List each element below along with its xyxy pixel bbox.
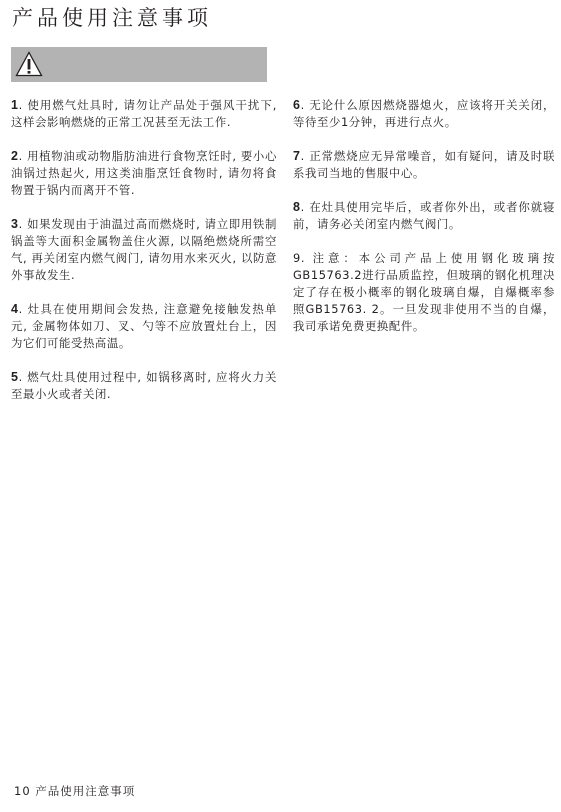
- page-title: 产品使用注意事项: [12, 4, 212, 32]
- item-number: 4: [11, 302, 19, 316]
- item-number: 6: [293, 98, 301, 112]
- item-number: 7: [293, 149, 301, 163]
- warning-banner: [11, 47, 267, 82]
- warning-triangle-icon: [15, 51, 43, 77]
- left-column: 1. 使用燃气灶具时, 请勿让产品处于强风干扰下, 这样会影响燃烧的正常工况甚至…: [11, 97, 277, 420]
- page-footer: 10 产品使用注意事项: [14, 783, 135, 799]
- item-text: . 正常燃烧应无异常噪音，如有疑问，请及时联系我司当地的售服中心。: [293, 149, 555, 180]
- notice-item-3: 3. 如果发现由于油温过高而燃烧时, 请立即用铁制锅盖等大面积金属物盖住火源, …: [11, 216, 277, 284]
- notice-item-4: 4. 灶具在使用期间会发热, 注意避免接触发热单元, 金属物体如刀、叉、勺等不应…: [11, 301, 277, 352]
- item-text: . 如果发现由于油温过高而燃烧时, 请立即用铁制锅盖等大面积金属物盖住火源, 以…: [11, 217, 277, 282]
- item-text: . 在灶具使用完毕后，或者你外出，或者你就寝前，请务必关闭室内燃气阀门。: [293, 200, 555, 231]
- notice-item-9: 9. 注意：本公司产品上使用钢化玻璃按GB15763.2进行品质监控，但玻璃的钢…: [293, 250, 555, 335]
- right-column: 6. 无论什么原因燃烧器熄火，应该将开关关闭，等待至少1分钟，再进行点火。 7.…: [293, 97, 555, 352]
- footer-label: 产品使用注意事项: [35, 784, 135, 798]
- notice-item-7: 7. 正常燃烧应无异常噪音，如有疑问，请及时联系我司当地的售服中心。: [293, 148, 555, 182]
- page-number: 10: [14, 784, 31, 798]
- item-number: 3: [11, 217, 19, 231]
- notice-item-1: 1. 使用燃气灶具时, 请勿让产品处于强风干扰下, 这样会影响燃烧的正常工况甚至…: [11, 97, 277, 131]
- item-number: 5: [11, 370, 19, 384]
- item-text: . 用植物油或动物脂肪油进行食物烹饪时, 要小心油锅过热起火, 用这类油脂烹饪食…: [11, 149, 277, 197]
- item-text: . 燃气灶具使用过程中, 如锅移离时, 应将火力关至最小火或者关闭.: [11, 370, 277, 401]
- notice-item-6: 6. 无论什么原因燃烧器熄火，应该将开关关闭，等待至少1分钟，再进行点火。: [293, 97, 555, 131]
- item-text: . 使用燃气灶具时, 请勿让产品处于强风干扰下, 这样会影响燃烧的正常工况甚至无…: [11, 98, 277, 129]
- notice-item-8: 8. 在灶具使用完毕后，或者你外出，或者你就寝前，请务必关闭室内燃气阀门。: [293, 199, 555, 233]
- item-number: 2: [11, 149, 19, 163]
- item-number: 8: [293, 200, 301, 214]
- item-text: 9. 注意：本公司产品上使用钢化玻璃按GB15763.2进行品质监控，但玻璃的钢…: [293, 251, 555, 333]
- item-text: . 灶具在使用期间会发热, 注意避免接触发热单元, 金属物体如刀、叉、勺等不应放…: [11, 302, 277, 350]
- item-number: 1: [11, 98, 19, 112]
- notice-item-2: 2. 用植物油或动物脂肪油进行食物烹饪时, 要小心油锅过热起火, 用这类油脂烹饪…: [11, 148, 277, 199]
- item-text: . 无论什么原因燃烧器熄火，应该将开关关闭，等待至少1分钟，再进行点火。: [293, 98, 555, 129]
- notice-item-5: 5. 燃气灶具使用过程中, 如锅移离时, 应将火力关至最小火或者关闭.: [11, 369, 277, 403]
